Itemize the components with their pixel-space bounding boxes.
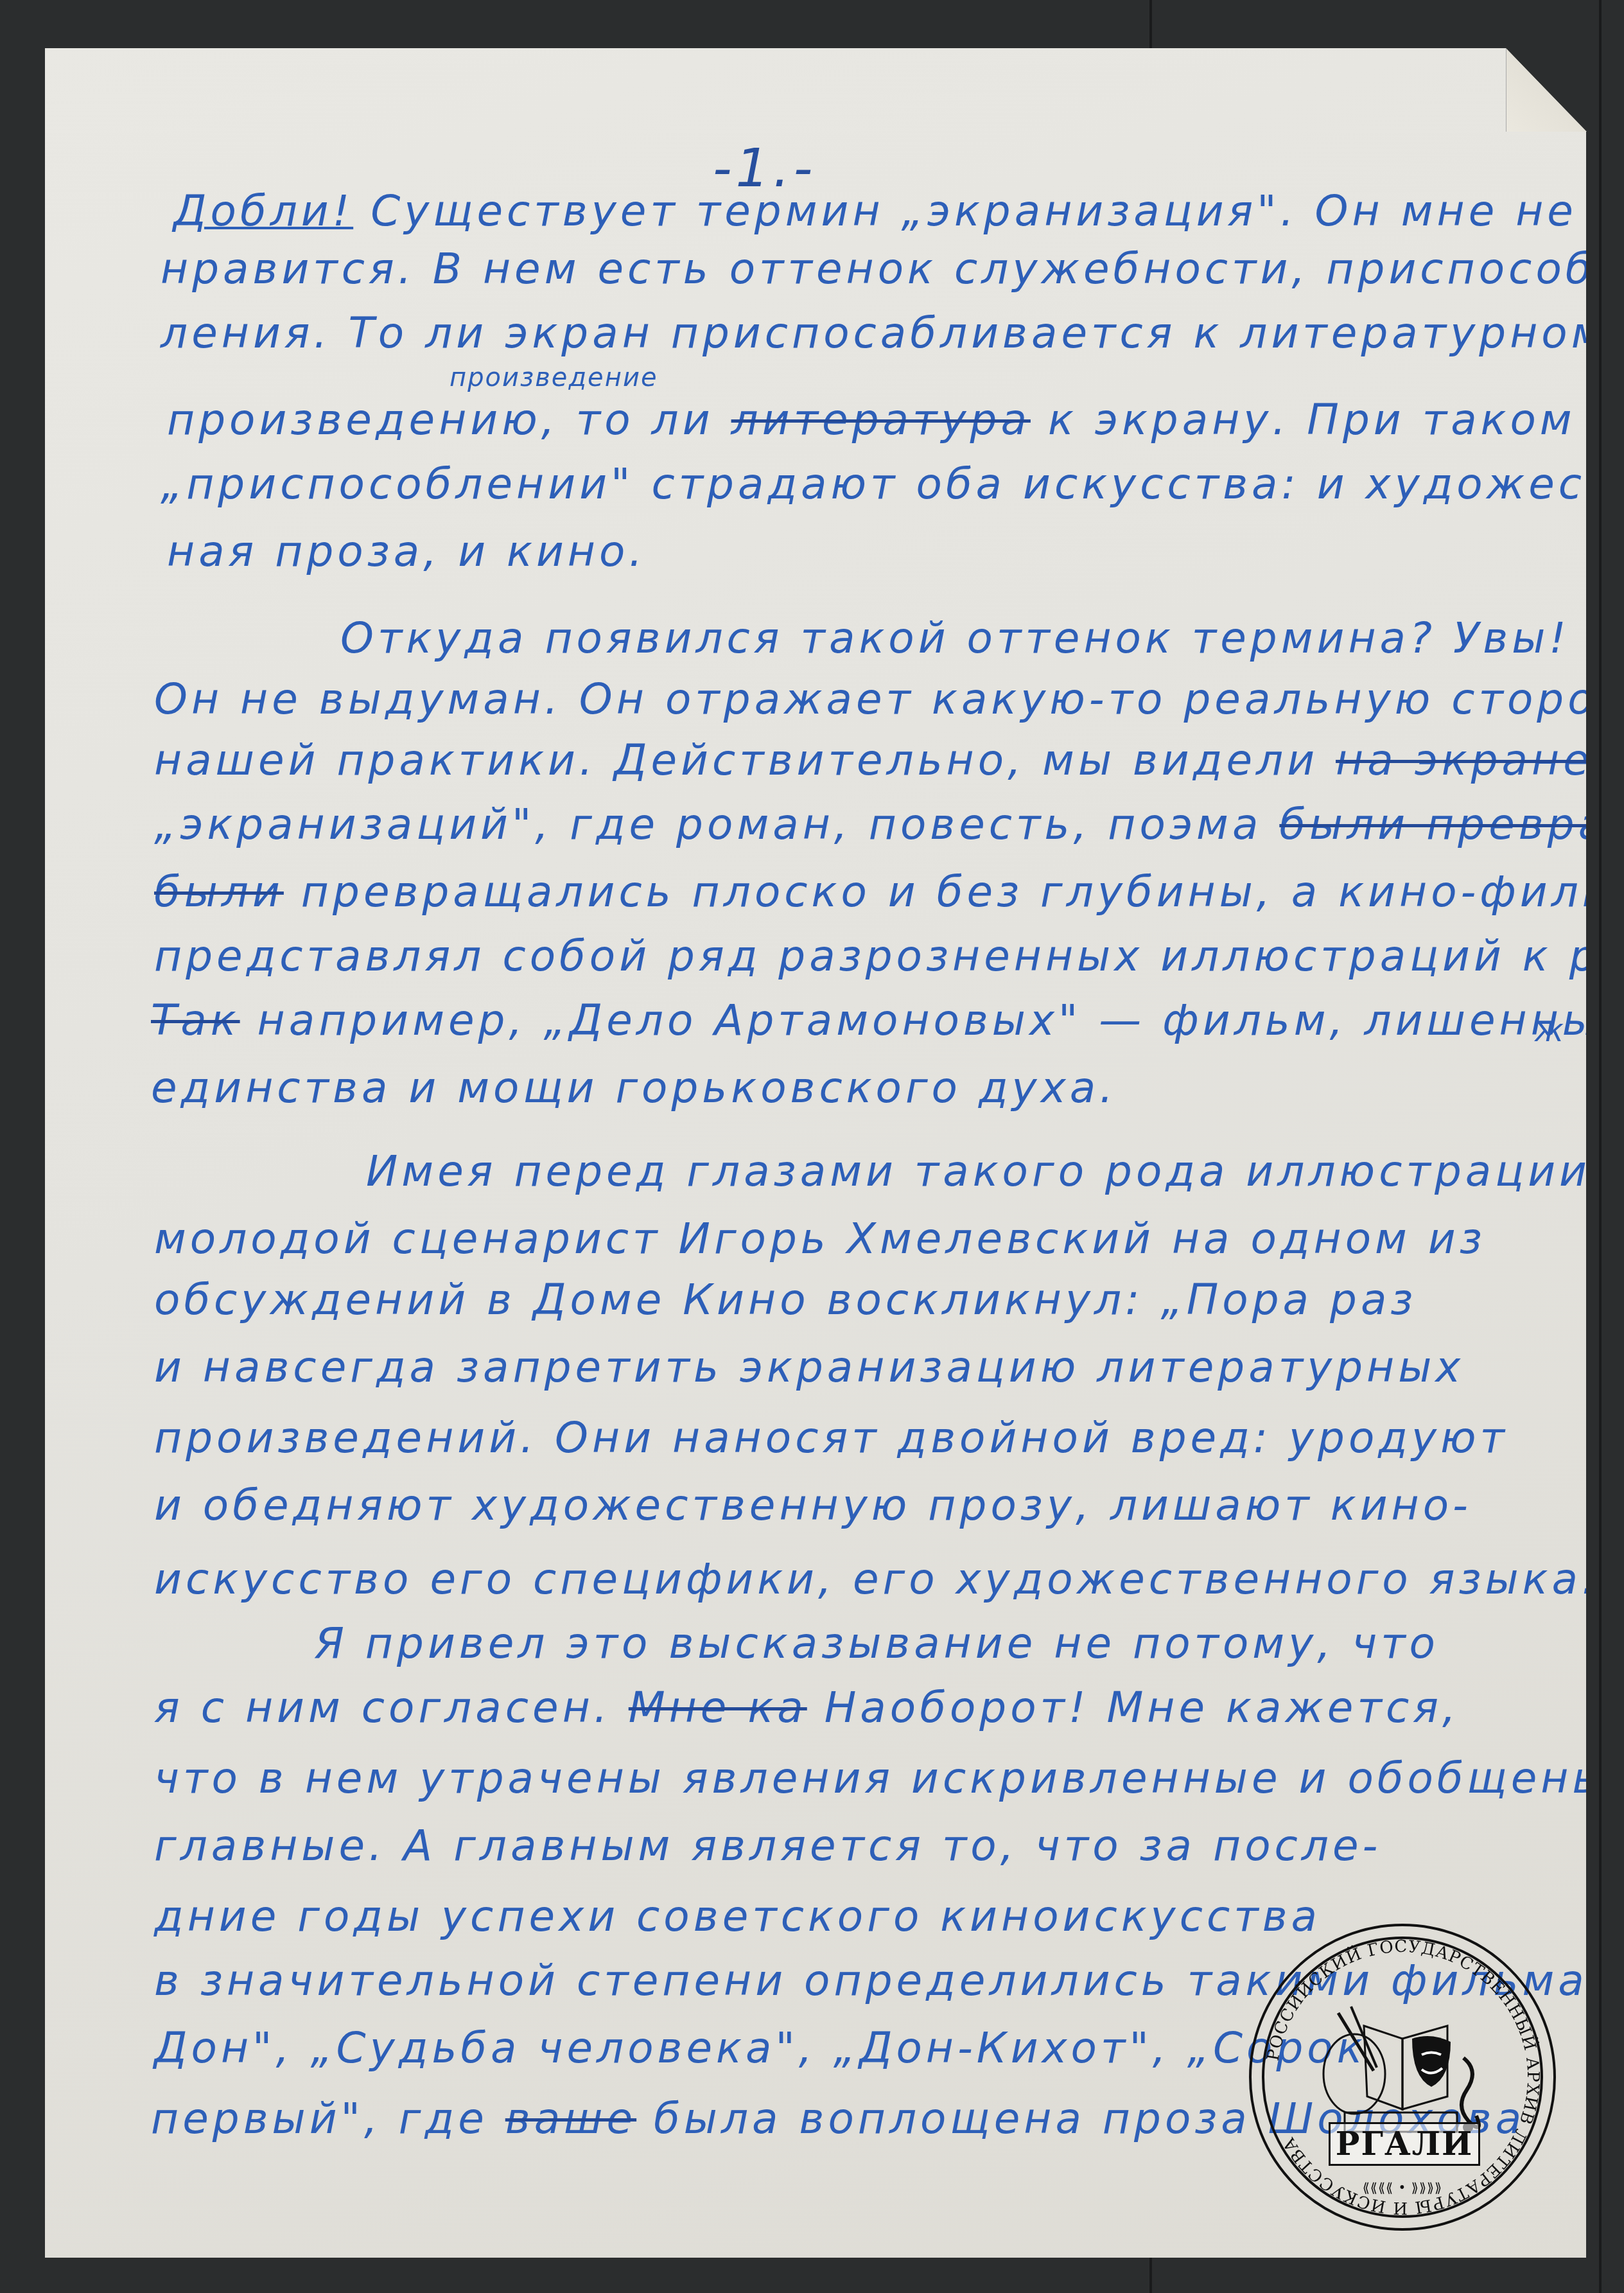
laurel-icon: ⟪⟪⟪⟪ • ⟫⟫⟫⟫ bbox=[1358, 2180, 1447, 2193]
line-text: я с ним согласен. bbox=[154, 1683, 629, 1732]
line-text: например, „Дело Артамоновых" — фильм, ли… bbox=[240, 996, 1624, 1045]
line-text: превращались плоско и без глубины, а кин… bbox=[284, 867, 1624, 917]
manuscript-line-25: главные. А главным является то, что за п… bbox=[154, 1821, 1381, 1870]
struck-word: Мне ка bbox=[629, 1683, 807, 1732]
manuscript-line-17: обсуждений в Доме Кино воскликнул: „Пора… bbox=[154, 1275, 1417, 1324]
palette-icon bbox=[1323, 2007, 1385, 2114]
stamp-emblem bbox=[1319, 2000, 1486, 2135]
line-text: „экранизаций", где роман, повесть, поэма bbox=[154, 800, 1279, 849]
manuscript-line-18: и навсегда запретить экранизацию литерат… bbox=[154, 1342, 1464, 1392]
treble-clef-icon bbox=[1462, 2058, 1479, 2132]
struck-word: были bbox=[154, 867, 284, 917]
manuscript-line-4: произведению, то ли литература к экрану.… bbox=[167, 395, 1576, 444]
theater-mask-icon bbox=[1412, 2036, 1451, 2087]
stamp-label: РГАЛИ bbox=[1329, 2122, 1480, 2166]
manuscript-line-5: „приспособлении" страдают оба искусства:… bbox=[161, 459, 1624, 509]
line-text: к экрану. При таком bbox=[1031, 395, 1576, 444]
line-text: Наоборот! Мне кажется, bbox=[807, 1683, 1460, 1732]
manuscript-line-9: нашей практики. Действительно, мы видели… bbox=[154, 735, 1624, 785]
manuscript-line-19: произведений. Они наносят двойной вред: … bbox=[154, 1413, 1508, 1463]
manuscript-line-13: Так например, „Дело Артамоновых" — фильм… bbox=[151, 996, 1624, 1045]
line-text: Существует термин „экранизация". Он мне … bbox=[371, 186, 1577, 236]
manuscript-line-14: единства и мощи горьковского духа. bbox=[151, 1063, 1117, 1112]
line-text: первый", где bbox=[151, 2094, 505, 2143]
struck-word: были превращались bbox=[1279, 800, 1624, 849]
struck-word: литература bbox=[731, 395, 1031, 444]
archive-stamp: РОССИЙСКИЙ ГОСУДАРСТВЕННЫЙ АРХИВ ЛИТЕРАТ… bbox=[1249, 1924, 1556, 2231]
folded-corner bbox=[1506, 48, 1587, 132]
manuscript-line-2: нравится. В нем есть оттенок служебности… bbox=[161, 244, 1614, 294]
margin-mark: ж bbox=[1535, 1012, 1567, 1049]
struck-word: ваше bbox=[505, 2094, 636, 2143]
manuscript-line-15: Имея перед глазами такого рода иллюстрац… bbox=[366, 1146, 1591, 1196]
manuscript-line-11: были превращались плоско и без глубины, … bbox=[154, 867, 1624, 917]
manuscript-line-16: молодой сценарист Игорь Хмелевский на од… bbox=[154, 1214, 1486, 1263]
line-text: немало bbox=[1593, 735, 1624, 785]
manuscript-line-23: я с ним согласен. Мне ка Наоборот! Мне к… bbox=[154, 1683, 1460, 1732]
manuscript-line-22: Я привел это высказывание не потому, что bbox=[315, 1619, 1439, 1668]
manuscript-line-12: представлял собой ряд разрозненных иллюс… bbox=[154, 931, 1624, 981]
manuscript-line-1: Добли! Существует термин „экранизация". … bbox=[173, 186, 1577, 236]
manuscript-line-21: искусство его специфики, его художествен… bbox=[154, 1554, 1599, 1604]
line-text: нашей практики. Действительно, мы видели bbox=[154, 735, 1336, 785]
manuscript-line-3: ления. То ли экран приспосабливается к л… bbox=[161, 308, 1624, 358]
manuscript-line-10: „экранизаций", где роман, повесть, поэма… bbox=[154, 800, 1624, 849]
manuscript-line-28: Дон", „Судьба человека", „Дон-Кихот", „С… bbox=[154, 2023, 1366, 2073]
manuscript-line-6: ная проза, и кино. bbox=[167, 527, 646, 576]
line-text: произведению, то ли bbox=[167, 395, 731, 444]
addressee-word: Добли! bbox=[173, 186, 353, 236]
manuscript-line-24: что в нем утрачены явления искривленные … bbox=[154, 1753, 1610, 1803]
scanner-mount-edge bbox=[1599, 0, 1602, 2293]
interlinear-insertion: произведение bbox=[450, 363, 658, 392]
manuscript-line-26: дние годы успехи советского киноискусств… bbox=[154, 1892, 1321, 1941]
manuscript-line-20: и обедняют художественную прозу, лишают … bbox=[154, 1480, 1472, 1530]
manuscript-line-8: Он не выдуман. Он отражает какую-то реал… bbox=[154, 674, 1624, 724]
struck-word: Так bbox=[151, 996, 240, 1045]
manuscript-line-7: Откуда появился такой оттенок термина? У… bbox=[340, 613, 1570, 663]
struck-word: на экране bbox=[1336, 735, 1593, 785]
